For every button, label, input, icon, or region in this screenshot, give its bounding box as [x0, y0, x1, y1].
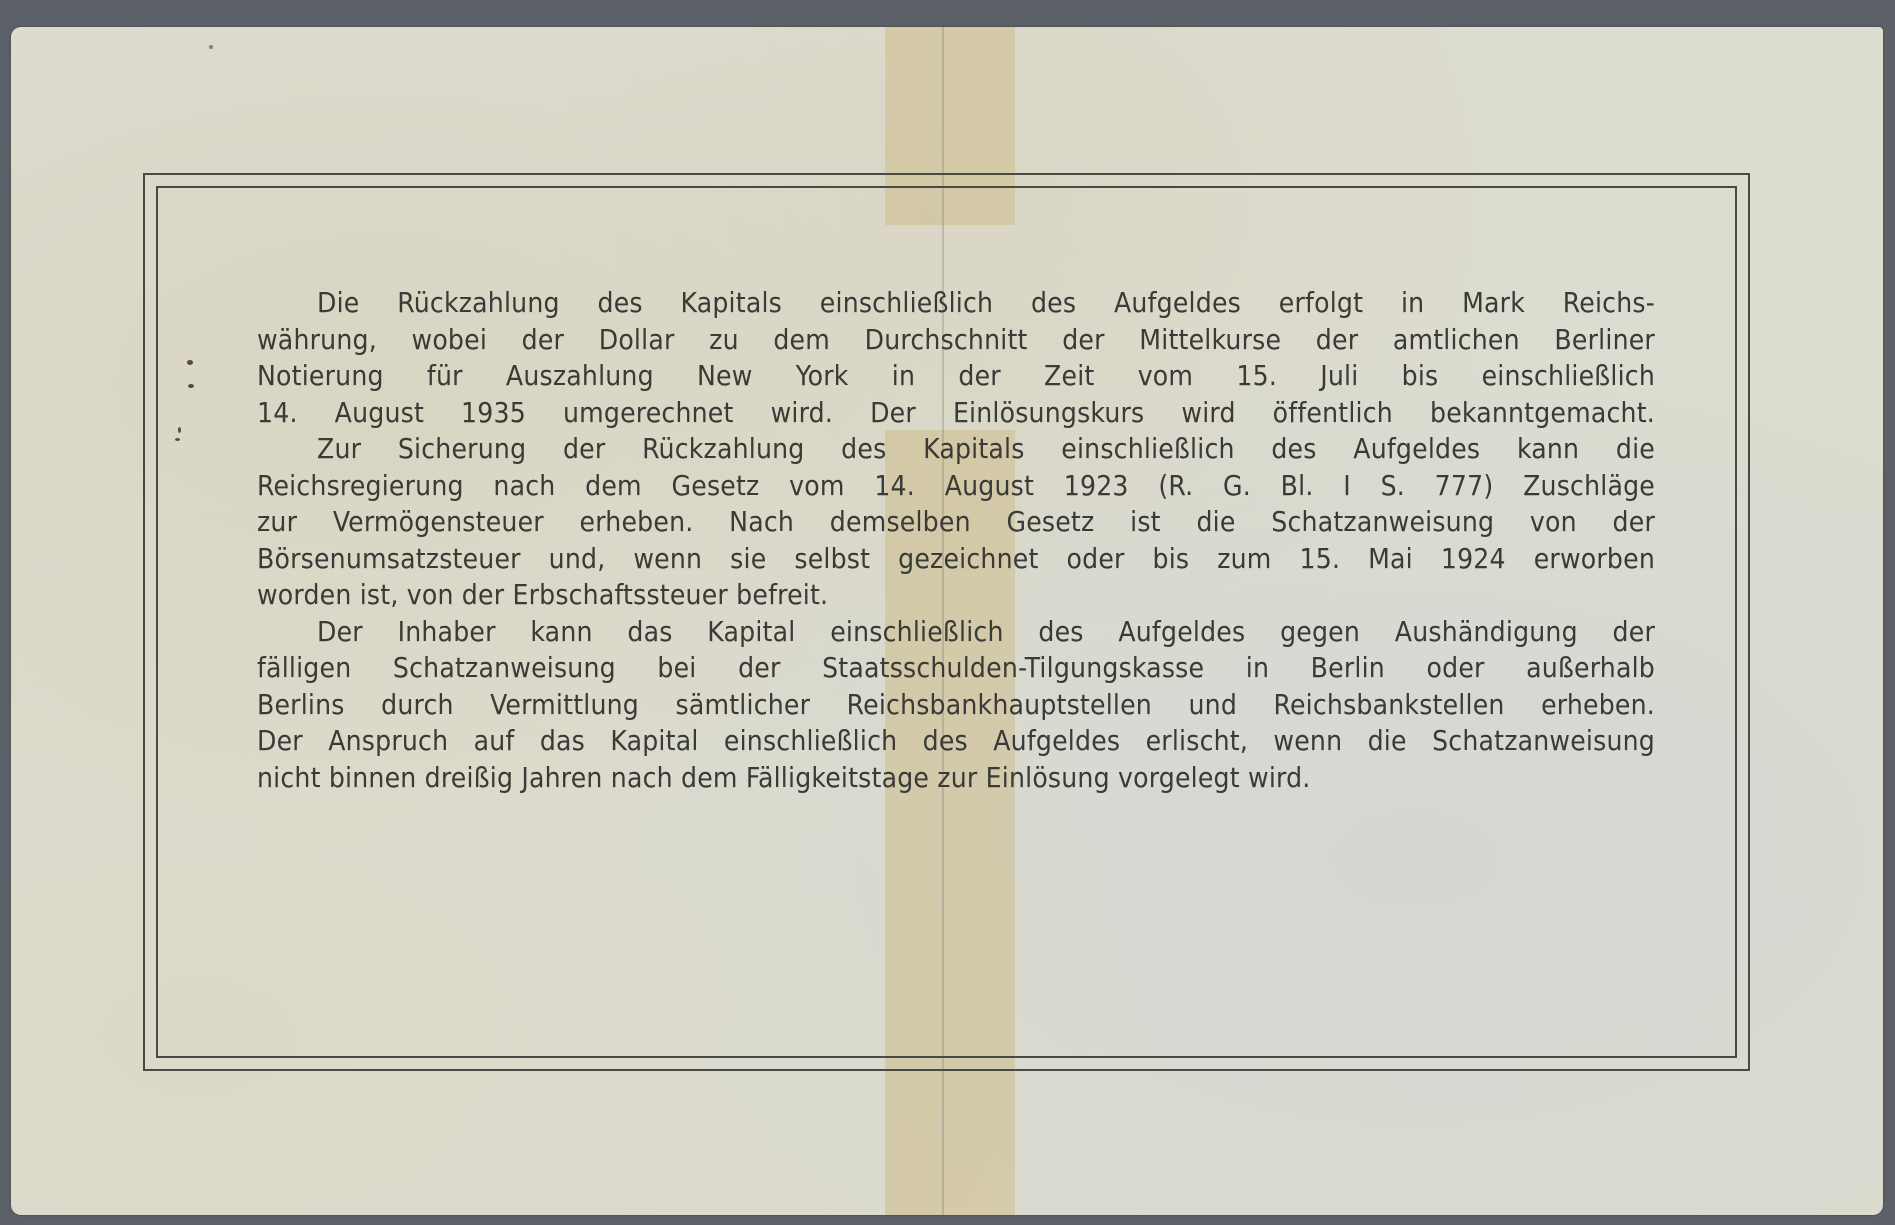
stain-spot — [209, 45, 213, 49]
ink-spot — [188, 384, 194, 388]
text-line: 14. August 1935 umgerechnet wird. Der Ei… — [257, 395, 1655, 432]
text-line: Reichsregierung nach dem Gesetz vom 14. … — [257, 468, 1655, 505]
text-line: Berlins durch Vermittlung sämtlicher Rei… — [257, 687, 1655, 724]
terms-text-block: Die Rückzahlung des Kapitals einschließl… — [257, 285, 1655, 796]
text-line: Der Inhaber kann das Kapital einschließl… — [257, 614, 1655, 651]
paragraph-repayment-terms: Die Rückzahlung des Kapitals einschließl… — [257, 285, 1655, 431]
text-line: Die Rückzahlung des Kapitals einschließl… — [257, 285, 1655, 322]
text-line: Der Anspruch auf das Kapital einschließl… — [257, 723, 1655, 760]
text-line: Notierung für Auszahlung New York in der… — [257, 358, 1655, 395]
text-line: Zur Sicherung der Rückzahlung des Kapita… — [257, 431, 1655, 468]
text-line: fälligen Schatzanweisung bei der Staatss… — [257, 650, 1655, 687]
text-line: Börsenumsatzsteuer und, wenn sie selbst … — [257, 541, 1655, 578]
ink-spot — [175, 438, 180, 441]
paragraph-redemption-terms: Der Inhaber kann das Kapital einschließl… — [257, 614, 1655, 797]
paragraph-security-terms: Zur Sicherung der Rückzahlung des Kapita… — [257, 431, 1655, 614]
ink-spot — [187, 360, 193, 365]
text-line: worden ist, von der Erbschaftssteuer bef… — [257, 577, 1655, 614]
text-line: währung, wobei der Dollar zu dem Durchsc… — [257, 322, 1655, 359]
text-line: nicht binnen dreißig Jahren nach dem Fäl… — [257, 760, 1655, 797]
text-line: zur Vermögensteuer erheben. Nach demselb… — [257, 504, 1655, 541]
ink-spot — [178, 427, 181, 433]
